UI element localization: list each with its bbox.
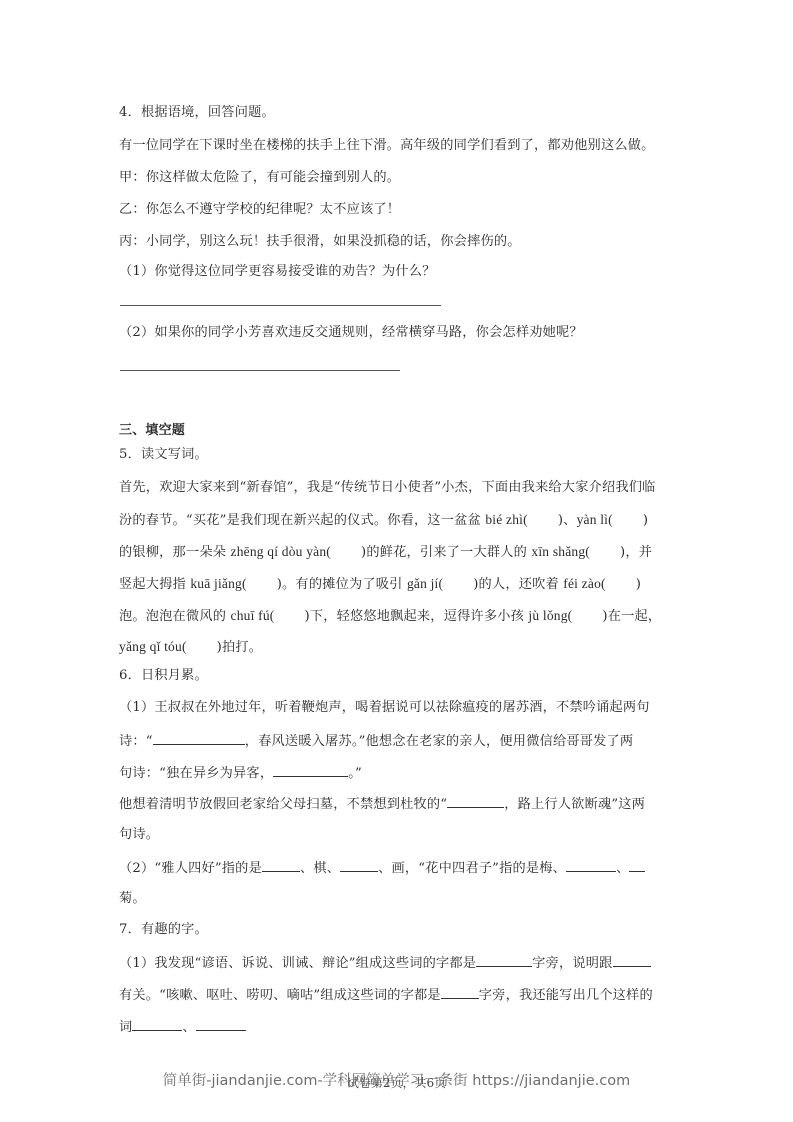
answer-blank[interactable]	[262, 858, 300, 872]
q5-text: 汾的春节。“买花”是我们现在新兴起的仪式。你看，这一盆盆	[119, 513, 485, 528]
pinyin-bie-zhi: bié zhì(	[485, 512, 527, 527]
q5-text: )、	[558, 513, 577, 528]
exam-page: 4．根据语境，回答问题。 有一位同学在下课时坐在楼梯的扶手上往下滑。高年级的同学…	[0, 0, 793, 1122]
q7-text: 字旁，说明跟	[532, 956, 612, 971]
q4-subquestion-2: （2）如果你的同学小芳喜欢违反交通规则，经常横穿马路，你会怎样劝她呢？	[119, 324, 679, 342]
q5-text: )在一起，	[602, 609, 661, 624]
q6-text: 、棋、	[300, 861, 340, 876]
q6-text: 句诗：“独在异乡为异客，	[119, 766, 273, 781]
q5-text: )，并	[620, 545, 652, 560]
pinyin-zheng-qi-dou-yan: zhēng qí dòu yàn(	[231, 544, 332, 559]
answer-blank[interactable]	[629, 858, 645, 872]
q7-text: 、	[182, 1020, 195, 1035]
q5-line-5: 泡。泡泡在微风的 chuī fú()下，轻悠悠地飘起来，逗得许多小孩 jù lǒ…	[119, 607, 679, 626]
q5-text: )拍打。	[217, 640, 263, 655]
q6-text: ，路上行人欲断魂”这两	[504, 797, 645, 812]
q4-title: 4．根据语境，回答问题。	[119, 104, 679, 122]
q5-text: )。有的摊位为了吸引	[277, 577, 407, 592]
answer-blank[interactable]	[476, 953, 532, 967]
q7-text: 字旁，我还能写出几个这样的	[479, 988, 653, 1003]
q7-text: 有关。“咳嗽、呕吐、唠叨、嘀咕”组成这些词的字都是	[119, 988, 441, 1003]
answer-blank[interactable]	[273, 763, 348, 777]
q6-s1-line-2: 诗：“，春风送暖入屠苏。”他想念在老家的亲人，便用微信给哥哥发了两	[119, 731, 679, 751]
q7-line-3: 词、	[119, 1017, 679, 1037]
pinyin-fei-zao: féi zào(	[563, 576, 605, 591]
q7-text: （1）我发现“谚语、诉说、训诫、辩论”组成这些词的字都是	[119, 956, 476, 971]
q4-answer-line-1[interactable]	[120, 305, 441, 306]
pinyin-yan-li: yàn lì(	[577, 512, 613, 527]
q5-text: )	[643, 513, 648, 528]
q4-subquestion-1: （1）你觉得这位同学更容易接受谁的劝告？为什么？	[119, 263, 679, 281]
answer-blank[interactable]	[566, 858, 616, 872]
q5-text: )的人，还吹着	[473, 577, 563, 592]
section-heading: 三、填空题	[119, 422, 679, 440]
q5-text: )	[636, 577, 641, 592]
pinyin-xin-shang: xīn shǎng(	[531, 544, 590, 559]
q5-text: 竖起大拇指	[119, 577, 190, 592]
q6-text: 、画，“花中四君子”指的是梅、	[378, 861, 566, 876]
q7-line-1: （1）我发现“谚语、诉说、训诫、辩论”组成这些词的字都是字旁，说明跟	[119, 953, 679, 973]
q6-s2-line-2: 菊。	[119, 890, 679, 908]
q5-text: )下，轻悠悠地飘起来，逗得许多小孩	[304, 609, 528, 624]
q4-answer-line-2[interactable]	[120, 370, 400, 371]
pinyin-chui-fu: chuī fú(	[231, 608, 275, 623]
q6-s1-line-4: 他想着清明节放假回老家给父母扫墓，不禁想到杜牧的“，路上行人欲断魂”这两	[119, 794, 679, 814]
q6-text: 诗：“	[119, 734, 153, 749]
q5-line-4: 竖起大拇指 kuā jiǎng()。有的摊位为了吸引 gǎn jí()的人，还吹…	[119, 575, 679, 594]
q7-line-2: 有关。“咳嗽、呕吐、唠叨、嘀咕”组成这些词的字都是字旁，我还能写出几个这样的	[119, 985, 679, 1005]
q5-text: 泡。泡泡在微风的	[119, 609, 231, 624]
q4-speaker-yi: 乙：你怎么不遵守学校的纪律呢？太不应该了！	[119, 201, 679, 219]
q5-line-6: yǎng qǐ tóu()拍打。	[119, 638, 679, 657]
pinyin-gan-ji: gǎn jí(	[407, 576, 443, 591]
answer-blank[interactable]	[613, 953, 651, 967]
q7-text: 词	[119, 1020, 132, 1035]
q6-text: 他想着清明节放假回老家给父母扫墓，不禁想到杜牧的“	[119, 797, 447, 812]
pinyin-kua-jiang: kuā jiǎng(	[190, 576, 246, 591]
q4-speaker-bing: 丙：小同学，别这么玩！扶手很滑，如果没抓稳的话，你会摔伤的。	[119, 233, 679, 251]
q6-s1-line-5: 句诗。	[119, 826, 679, 844]
answer-blank[interactable]	[447, 794, 504, 808]
q5-line-3: 的银柳，那一朵朵 zhēng qí dòu yàn()的鲜花，引来了一大群人的 …	[119, 543, 679, 562]
q5-title: 5．读文写词。	[119, 446, 679, 464]
q5-line-2: 汾的春节。“买花”是我们现在新兴起的仪式。你看，这一盆盆 bié zhì()、y…	[119, 511, 679, 530]
answer-blank[interactable]	[132, 1017, 182, 1031]
answer-blank[interactable]	[340, 858, 378, 872]
q6-s1-line-3: 句诗：“独在异乡为异客，。”	[119, 763, 679, 783]
q6-text: （2）“雅人四好”指的是	[119, 861, 262, 876]
pinyin-yang-qi-tou: yǎng qǐ tóu(	[119, 639, 187, 654]
q6-text: 。”	[348, 766, 362, 781]
q7-title: 7．有趣的字。	[119, 921, 679, 939]
q6-text: 、	[616, 861, 629, 876]
pinyin-ju-long: jù lǒng(	[528, 608, 572, 623]
q5-text: )的鲜花，引来了一大群人的	[361, 545, 531, 560]
watermark: 简单街-jiandanjie.com-学科网简单学习一条街 https://ji…	[0, 1069, 793, 1090]
q6-s2-line-1: （2）“雅人四好”指的是、棋、、画，“花中四君子”指的是梅、、	[119, 858, 679, 878]
q4-speaker-jia: 甲：你这样做太危险了，有可能会撞到别人的。	[119, 169, 679, 187]
answer-blank[interactable]	[441, 985, 479, 999]
q6-title: 6．日积月累。	[119, 667, 679, 685]
q6-s1-line-1: （1）王叔叔在外地过年，听着鞭炮声，喝着据说可以祛除瘟疫的屠苏酒，不禁吟诵起两句	[119, 699, 679, 717]
answer-blank[interactable]	[196, 1017, 246, 1031]
q5-text: 的银柳，那一朵朵	[119, 545, 231, 560]
q6-text: ，春风送暖入屠苏。”他想念在老家的亲人，便用微信给哥哥发了两	[245, 734, 634, 749]
q4-context: 有一位同学在下课时坐在楼梯的扶手上往下滑。高年级的同学们看到了，都劝他别这么做。	[119, 137, 679, 155]
answer-blank[interactable]	[153, 731, 245, 745]
q5-line-1: 首先，欢迎大家来到“新春馆”，我是“传统节日小使者”小杰，下面由我来给大家介绍我…	[119, 479, 679, 497]
